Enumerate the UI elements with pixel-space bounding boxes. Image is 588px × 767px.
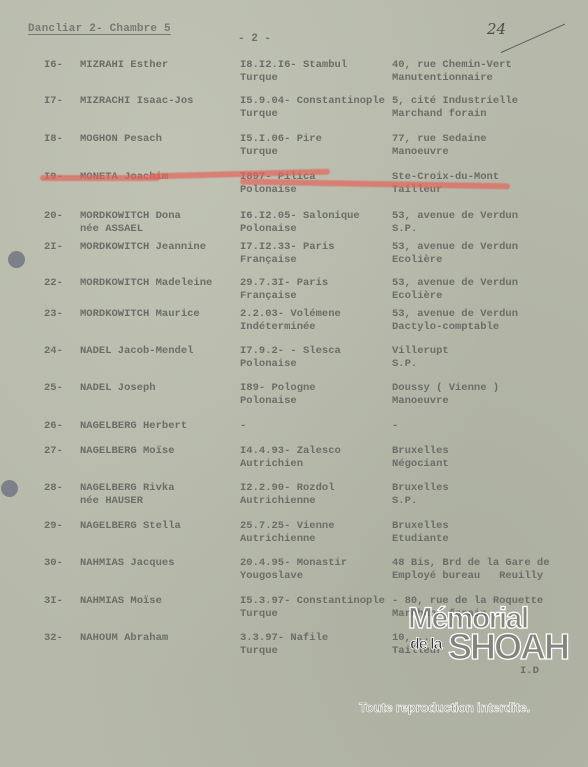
entry-occupation: Dactylo-comptable [392,321,499,334]
document-header-title: Dancliar 2- Chambre 5 [28,23,171,35]
entry-number: 32- [44,632,63,645]
entry-address: 53, avenue de Verdun [392,308,518,321]
document-page: Dancliar 2- Chambre 5 - 2 - 24 I6-MIZRAH… [0,0,588,767]
entry-nationality: Turque [240,645,278,658]
entry-occupation: Négociant [392,458,449,471]
handwritten-arrow-mark [501,24,565,53]
entry-birth: 29.7.3I- Paris [240,277,328,290]
entry-address: Doussy ( Vienne ) [392,382,499,395]
entry-name: NAGELBERG Stella [80,520,181,533]
entry-number: 30- [44,557,63,570]
handwritten-number: 24 [487,20,506,38]
entry-occupation: Marchand forain [392,108,487,121]
entry-birth: 3.3.97- Nafile [240,632,328,645]
entry-number: I6- [44,59,63,72]
entry-nationality: Française [240,290,297,303]
entry-birth: I7.I2.33- Paris [240,241,335,254]
entry-occupation: S.P. [392,223,417,236]
watermark-shoah-text: SHOAH [448,626,568,668]
entry-number: 2I- [44,241,63,254]
entry-address: 77, rue Sedaine [392,133,487,146]
entry-nationality: Autrichienne [240,495,316,508]
entry-nationality: Autrichienne [240,533,316,546]
entry-name: MORDKOWITCH Jeannine [80,241,206,254]
entry-address: 53, avenue de Verdun [392,210,518,223]
watermark-dela-text: de la [410,636,441,654]
entry-nationality: Turque [240,108,278,121]
entry-nationality: Autrichien [240,458,303,471]
entry-address: 53, avenue de Verdun [392,277,518,290]
entry-number: 22- [44,277,63,290]
entry-name: MOGHON Pesach [80,133,162,146]
entry-birth: I89- Pologne [240,382,316,395]
entry-birth: I2.2.90- Rozdol [240,482,335,495]
red-strikethrough [40,175,160,181]
punch-hole-icon [1,480,18,497]
entry-nationality: Polonaise [240,184,297,197]
entry-occupation: Manutentionnaire [392,72,493,85]
entry-birth: I5.3.97- Constantinople [240,595,385,608]
entry-address: Villerupt [392,345,449,358]
entry-address: 48 Bis, Brd de la Gare de [392,557,550,570]
entry-number: 26- [44,420,63,433]
entry-number: 24- [44,345,63,358]
entry-nationality: Polonaise [240,395,297,408]
entry-birth: - [240,420,246,433]
entry-name: NAGELBERG Herbert [80,420,187,433]
entry-occupation: Employé bureau Reuilly [392,570,543,583]
entry-nationality: Turque [240,72,278,85]
entry-maiden-name: née HAUSER [80,495,143,508]
entry-birth: I8.I2.I6- Stambul [240,59,347,72]
entry-number: 29- [44,520,63,533]
entry-nationality: Indéterminée [240,321,316,334]
entry-birth: 2.2.03- Volémene [240,308,341,321]
entry-occupation: Etudiante [392,533,449,546]
entry-nationality: Yougoslave [240,570,303,583]
entry-name: NAHOUM Abraham [80,632,168,645]
entry-name: NAHMIAS Moïse [80,595,162,608]
entry-birth: I5.9.04- Constantinople [240,95,385,108]
entry-number: 27- [44,445,63,458]
entry-name: NAHMIAS Jacques [80,557,175,570]
entry-name: NADEL Jacob-Mendel [80,345,193,358]
entry-address: Bruxelles [392,445,449,458]
entry-address: - [392,420,398,433]
entry-occupation: Manoeuvre [392,395,449,408]
entry-address: 5, cité Industrielle [392,95,518,108]
entry-address: Bruxelles [392,482,449,495]
entry-name: MIZRACHI Isaac-Jos [80,95,193,108]
entry-occupation: Ecolière [392,254,442,267]
entry-number: 3I- [44,595,63,608]
entry-occupation: Ecolière [392,290,442,303]
entry-name: NADEL Joseph [80,382,156,395]
entry-name: NAGELBERG Moïse [80,445,175,458]
entry-name: MORDKOWITCH Dona [80,210,181,223]
entry-maiden-name: née ASSAEL [80,223,143,236]
entry-occupation: Manoeuvre [392,146,449,159]
entry-number: 23- [44,308,63,321]
entry-birth: 20.4.95- Monastir [240,557,347,570]
entry-number: 20- [44,210,63,223]
entry-birth: I6.I2.05- Salonique [240,210,360,223]
entry-number: 28- [44,482,63,495]
entry-name: MORDKOWITCH Maurice [80,308,200,321]
entry-occupation: S.P. [392,495,417,508]
entry-birth: I5.I.06- Pire [240,133,322,146]
entry-nationality: Polonaise [240,358,297,371]
entry-birth: I4.4.93- Zalesco [240,445,341,458]
entry-occupation: S.P. [392,358,417,371]
entry-number: I7- [44,95,63,108]
entry-number: 25- [44,382,63,395]
entry-number: I8- [44,133,63,146]
entry-name: MIZRAHI Esther [80,59,168,72]
entry-name: MORDKOWITCH Madeleine [80,277,212,290]
punch-hole-icon [8,251,25,268]
memorial-shoah-watermark: Mémorial de la SHOAH [408,602,568,664]
entry-nationality: Turque [240,608,278,621]
page-number: - 2 - [238,33,271,45]
copyright-notice: Toute reproduction interdite. [359,700,530,715]
entry-nationality: Française [240,254,297,267]
entry-address: 53, avenue de Verdun [392,241,518,254]
entry-nationality: Polonaise [240,223,297,236]
entry-nationality: Turque [240,146,278,159]
entry-name: NAGELBERG Rivka [80,482,175,495]
entry-address: Bruxelles [392,520,449,533]
entry-address: 40, rue Chemin-Vert [392,59,512,72]
entry-birth: 25.7.25- Vienne [240,520,335,533]
entry-birth: I7.9.2- - Slesca [240,345,341,358]
